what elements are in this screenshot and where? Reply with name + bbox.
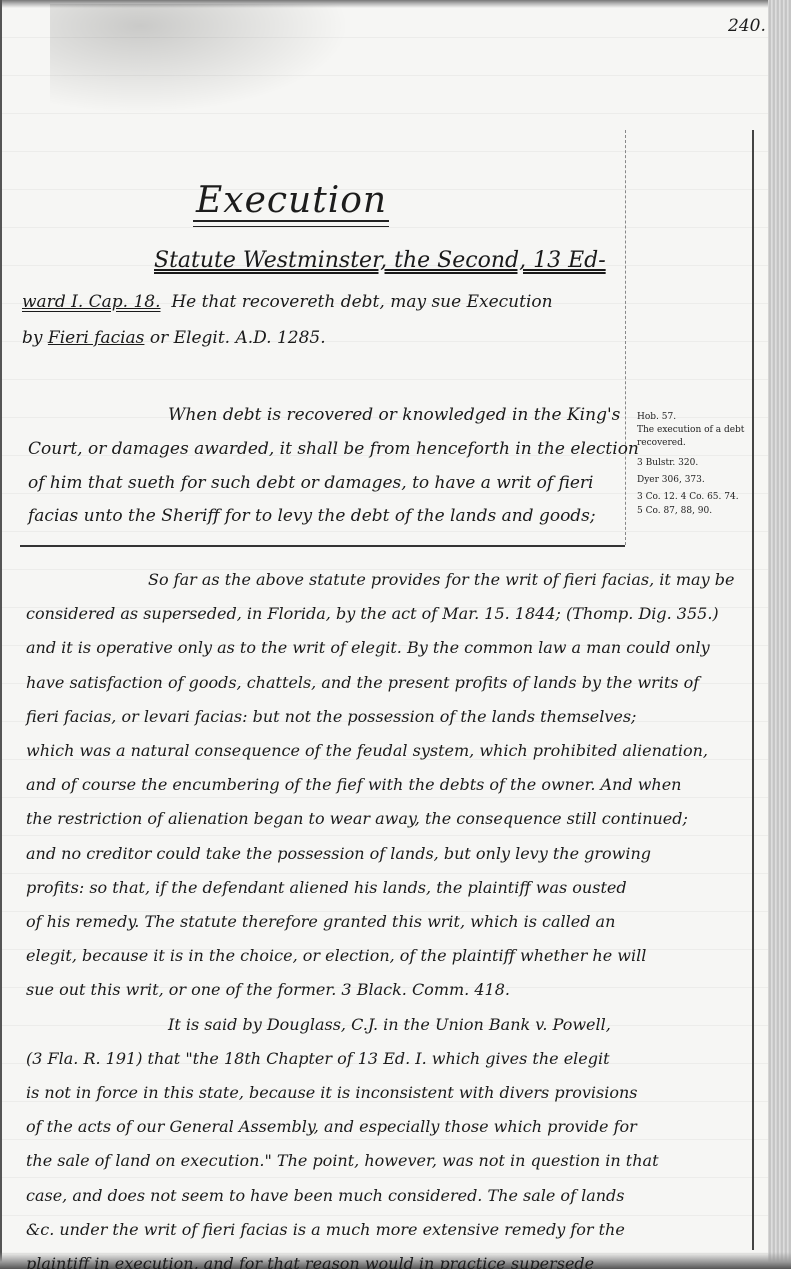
commentary-line: (3 Fla. R. 191) that "the 18th Chapter o…	[26, 1049, 610, 1068]
page-left-edge	[0, 0, 2, 1269]
page-title: Execution	[196, 180, 387, 221]
margin-note: Hob. 57.	[637, 412, 676, 422]
commentary-line: So far as the above statute provides for…	[148, 570, 734, 589]
commentary-line: the sale of land on execution." The poin…	[26, 1151, 659, 1170]
manuscript-page: 240. Execution Statute Westminster, the …	[0, 0, 791, 1269]
page-number: 240.	[728, 16, 766, 36]
section-divider	[20, 545, 625, 547]
margin-note: The execution of a debt	[637, 425, 744, 435]
commentary-line: sue out this writ, or one of the former.…	[26, 980, 510, 999]
commentary-line: &c. under the writ of fieri facias is a …	[26, 1220, 625, 1239]
title-underline	[193, 220, 389, 227]
commentary-line: case, and does not seem to have been muc…	[26, 1186, 624, 1205]
statute-text-line: of him that sueth for such debt or damag…	[28, 473, 594, 493]
margin-note: 5 Co. 87, 88, 90.	[637, 506, 712, 516]
commentary-line: and of course the encumbering of the fie…	[26, 775, 681, 794]
commentary-line: and no creditor could take the possessio…	[26, 844, 651, 863]
commentary-line: considered as superseded, in Florida, by…	[26, 604, 719, 623]
statute-summary: He that recovereth debt, may sue Executi…	[171, 292, 552, 312]
commentary-line: elegit, because it is in the choice, or …	[26, 946, 646, 965]
commentary-line: is not in force in this state, because i…	[26, 1083, 638, 1102]
margin-note: 3 Bulstr. 320.	[637, 458, 698, 468]
commentary-line: plaintiff in execution, and for that rea…	[26, 1254, 594, 1269]
commentary-line: of his remedy. The statute therefore gra…	[26, 912, 615, 931]
margin-note: recovered.	[637, 438, 686, 448]
commentary-line: which was a natural consequence of the f…	[26, 741, 708, 760]
writ-name: Fieri facias	[48, 328, 145, 348]
citation-margin-rule	[625, 130, 627, 545]
statute-heading-line-1: Statute Westminster, the Second, 13 Ed-	[154, 248, 606, 273]
chapter-reference: ward I. Cap. 18.	[22, 292, 161, 312]
statute-text-line: Court, or damages awarded, it shall be f…	[28, 439, 639, 459]
commentary-line: have satisfaction of goods, chattels, an…	[26, 673, 699, 692]
commentary-line: and it is operative only as to the writ …	[26, 638, 710, 657]
margin-note: 3 Co. 12. 4 Co. 65. 74.	[637, 492, 739, 502]
commentary-line: It is said by Douglass, C.J. in the Unio…	[168, 1015, 611, 1034]
commentary-line: of the acts of our General Assembly, and…	[26, 1117, 637, 1136]
statute-text-line: When debt is recovered or knowledged in …	[168, 405, 620, 425]
page-binding-strip	[768, 0, 791, 1269]
right-margin-rule	[752, 130, 754, 1250]
commentary-line: the restriction of alienation began to w…	[26, 809, 688, 828]
commentary-line: fieri facias, or levari facias: but not …	[26, 707, 636, 726]
scan-smudge	[50, 4, 350, 114]
statute-text-line: facias unto the Sheriff for to levy the …	[28, 506, 596, 526]
margin-note: Dyer 306, 373.	[637, 475, 705, 485]
statute-heading-line-3: by Fieri facias or Elegit. A.D. 1285.	[22, 328, 326, 348]
statute-heading-line-2: ward I. Cap. 18. He that recovereth debt…	[22, 292, 553, 312]
commentary-line: profits: so that, if the defendant alien…	[26, 878, 627, 897]
